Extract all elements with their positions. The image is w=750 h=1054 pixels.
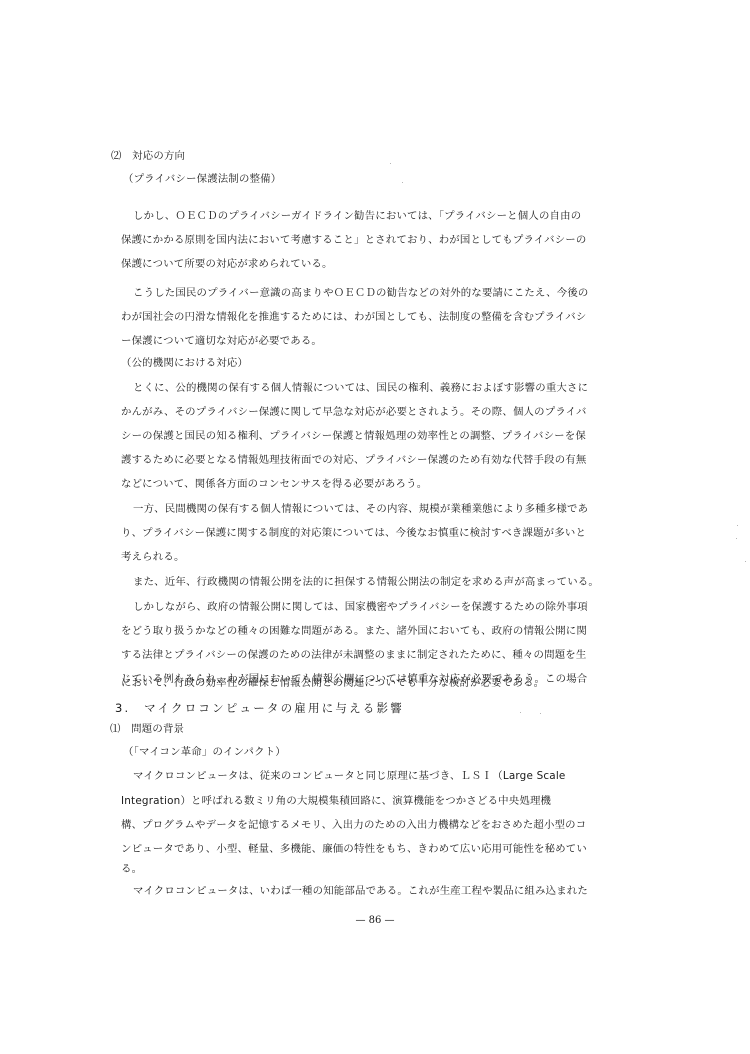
subheading-public-institutions: （公的機関における対応） bbox=[121, 356, 248, 370]
paragraph-line: かんがみ、そのプライバシー保護に関して早急な対応が必要とされよう。その際、個人の… bbox=[121, 405, 587, 419]
paragraph-line: マイクロコンピュータは、いわば一種の知能部品である。これが生産工程や製品に組み込… bbox=[133, 884, 588, 898]
scan-noise bbox=[390, 163, 391, 164]
paragraph-line: シーの保護と国民の知る権利、プライバシー保護と情報処理の効率性との調整、プライバ… bbox=[121, 429, 586, 443]
paragraph-line: 護するために必要となる情報処理技術面での対応、プライバシー保護のため有効な代替手… bbox=[121, 453, 586, 467]
paragraph-line: 保護にかかる原則を国内法において考慮すること」とされており、わが国としてもプライ… bbox=[121, 233, 586, 247]
scan-noise bbox=[736, 538, 737, 539]
paragraph-line: こうした国民のプライバー意識の高まりやＯＥＣＤの勧告などの対外的な要請にこたえ、… bbox=[133, 286, 589, 300]
paragraph-line: 考えられる。 bbox=[121, 550, 185, 564]
page-number: — 86 — bbox=[0, 915, 750, 926]
subheading-privacy-legislation: （プライバシー保護法制の整備） bbox=[123, 172, 281, 186]
scan-noise bbox=[402, 182, 403, 183]
scan-noise bbox=[520, 712, 521, 713]
scan-noise bbox=[745, 561, 746, 562]
section-heading-3: 3. マイクロコンピュータの雇用に与える影響 bbox=[115, 701, 404, 715]
section-heading-2: ⑵ 対応の方向 bbox=[111, 149, 185, 163]
paragraph-line: る。 bbox=[121, 862, 142, 876]
paragraph-line: 一方、民間機関の保有する個人情報については、その内容、規模が業種業態により多種多… bbox=[133, 502, 588, 516]
subheading-microcomputer-revolution: （「マイコン革命」のインパクト） bbox=[123, 745, 286, 759]
paragraph-line: ンピュータであり、小型、軽量、多機能、廉価の特性をもち、きわめて広い応用可能性を… bbox=[121, 842, 587, 856]
paragraph-line: ー保護について適切な対応が必要である。 bbox=[121, 334, 322, 348]
document-page: ⑵ 対応の方向 （プライバシー保護法制の整備） しかし、ＯＥＣＤのプライバシーガ… bbox=[0, 0, 750, 1054]
paragraph-line: 構、プログラムやデータを記憶するメモリ、入出力のための入出力機構などをおさめた超… bbox=[121, 818, 586, 832]
paragraph-line: などについて、関係各方面のコンセンサスを得る必要があろう。 bbox=[121, 477, 427, 491]
paragraph-line: しかし、ＯＥＣＤのプライバシーガイドライン勧告においては、「プライバシーと個人の… bbox=[133, 209, 581, 223]
scan-noise bbox=[540, 713, 541, 714]
paragraph-line: とくに、公的機関の保有する個人情報については、国民の権利、義務におよぼす影響の重… bbox=[133, 381, 588, 395]
paragraph-line: マイクロコンピュータは、従来のコンピュータと同じ原理に基づき、ＬＳＩ（Large… bbox=[133, 769, 566, 783]
paragraph-line: をどう取り扱うかなどの種々の困難な問題がある。また、諸外国においても、政府の情報… bbox=[121, 624, 587, 638]
paragraph-line: Integration）と呼ばれる数ミリ角の大規模集積回路に、演算機能をつかさど… bbox=[121, 794, 551, 808]
section-heading-1: ⑴ 問題の背景 bbox=[110, 722, 184, 736]
scan-noise bbox=[737, 525, 738, 526]
paragraph-line: において、行政の効率性の確保と情報公開との関連についても十分な検討が必要である。 bbox=[121, 676, 544, 690]
paragraph-line: わが国社会の円滑な情報化を推進するためには、わが国としても、法制度の整備を含むプ… bbox=[121, 310, 586, 324]
paragraph-line: する法律とプライバシーの保護のための法律が未調整のままに制定されたために、種々の… bbox=[121, 648, 586, 662]
paragraph-line: り、プライバシー保護に関する制度的対応策については、今後なお慎重に検討すべき課題… bbox=[121, 526, 586, 540]
paragraph-line: しかしながら、政府の情報公開に関しては、国家機密やプライバシーを保護するための除… bbox=[133, 600, 588, 614]
paragraph-line: また、近年、行政機関の情報公開を法的に担保する情報公開法の制定を求める声が高まっ… bbox=[133, 575, 599, 589]
paragraph-line: 保護について所要の対応が求められている。 bbox=[121, 257, 333, 271]
